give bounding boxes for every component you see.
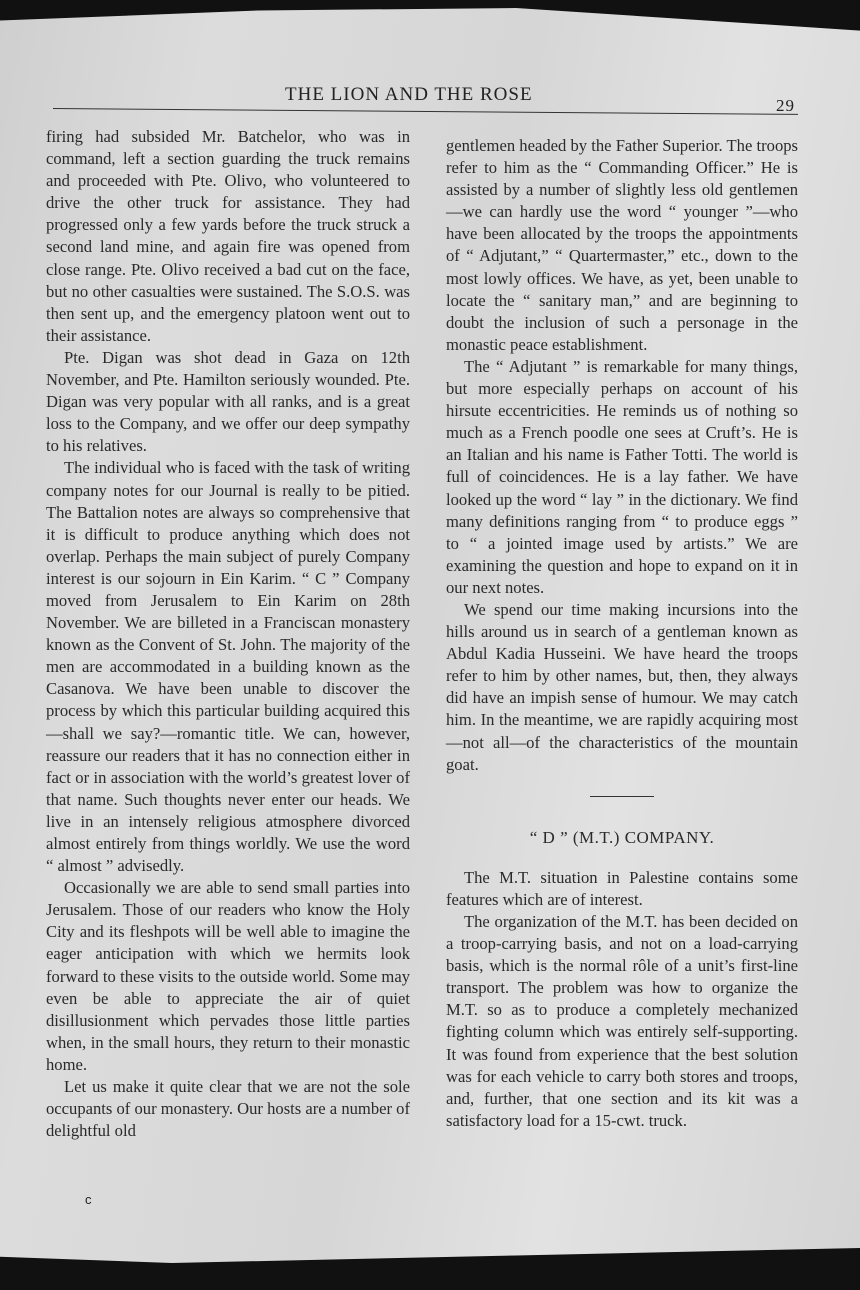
paragraph: The individual who is faced with the tas… xyxy=(46,457,410,877)
signature-mark: c xyxy=(85,1192,92,1207)
paragraph: The organization of the M.T. has been de… xyxy=(446,911,798,1132)
paragraph: We spend our time making incursions into… xyxy=(446,599,798,776)
paragraph: firing had subsided Mr. Batchelor, who w… xyxy=(46,126,410,347)
section-divider xyxy=(590,796,654,797)
running-title: THE LION AND THE ROSE xyxy=(285,84,533,106)
left-column: firing had subsided Mr. Batchelor, who w… xyxy=(46,126,410,1142)
magazine-page: THE LION AND THE ROSE 29 firing had subs… xyxy=(0,8,860,1263)
section-heading: “ D ” (M.T.) COMPANY. xyxy=(446,827,798,849)
right-column: gentlemen headed by the Father Superior.… xyxy=(446,135,798,1132)
paragraph: The “ Adjutant ” is remarkable for many … xyxy=(446,356,798,599)
header-rule xyxy=(53,108,798,115)
paragraph: Pte. Digan was shot dead in Gaza on 12th… xyxy=(46,347,410,457)
paragraph: The M.T. situation in Palestine contains… xyxy=(446,867,798,911)
paragraph: Occasionally we are able to send small p… xyxy=(46,877,410,1076)
paragraph: gentlemen headed by the Father Superior.… xyxy=(446,135,798,356)
paragraph: Let us make it quite clear that we are n… xyxy=(46,1076,410,1142)
